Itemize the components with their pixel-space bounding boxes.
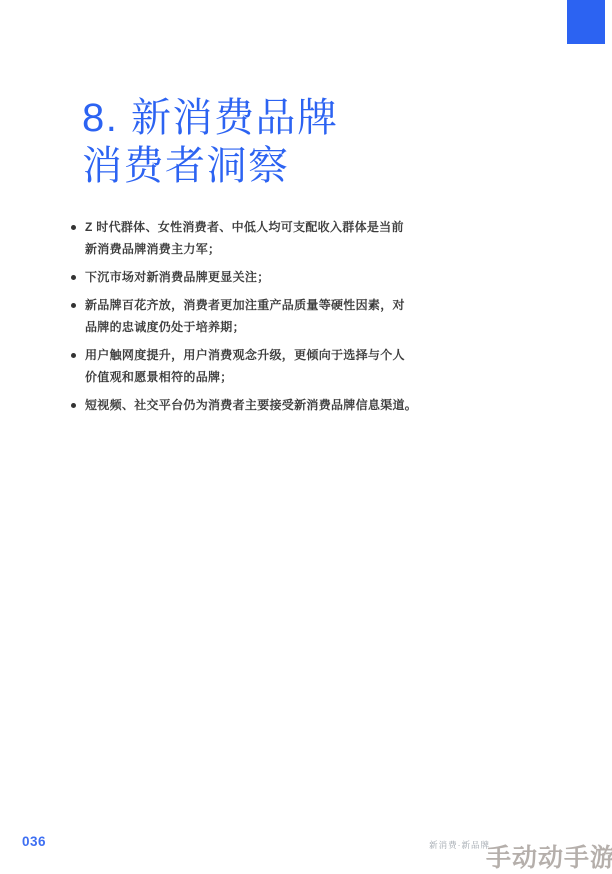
bullet-item: 下沉市场对新消费品牌更显关注； <box>71 266 421 288</box>
bullet-line: 新消费品牌消费主力军； <box>85 238 404 260</box>
bullet-line: 短视频、社交平台仍为消费者主要接受新消费品牌信息渠道。 <box>85 394 417 416</box>
bullet-text: 用户触网度提升，用户消费观念升级，更倾向于选择与个人 价值观和愿景相符的品牌； <box>85 344 405 388</box>
bullet-line: 用户触网度提升，用户消费观念升级，更倾向于选择与个人 <box>85 344 405 366</box>
bullet-item: 短视频、社交平台仍为消费者主要接受新消费品牌信息渠道。 <box>71 394 421 416</box>
bullet-dot <box>71 353 76 358</box>
bullet-text: 短视频、社交平台仍为消费者主要接受新消费品牌信息渠道。 <box>85 394 417 416</box>
bullet-line: 新品牌百花齐放，消费者更加注重产品质量等硬性因素，对 <box>85 294 405 316</box>
bullet-line: Z 时代群体、女性消费者、中低人均可支配收入群体是当前 <box>85 216 404 238</box>
report-page: 8. 新消费品牌 消费者洞察 Z 时代群体、女性消费者、中低人均可支配收入群体是… <box>0 0 612 874</box>
bullet-dot <box>71 403 76 408</box>
bullet-item: Z 时代群体、女性消费者、中低人均可支配收入群体是当前 新消费品牌消费主力军； <box>71 216 421 260</box>
chapter-corner-tab <box>567 0 605 44</box>
page-title-line-2: 消费者洞察 <box>82 142 338 190</box>
bullet-line: 价值观和愿景相符的品牌； <box>85 366 405 388</box>
bullet-text: 下沉市场对新消费品牌更显关注； <box>85 266 270 288</box>
bullet-text: 新品牌百花齐放，消费者更加注重产品质量等硬性因素，对 品牌的忠诚度仍处于培养期； <box>85 294 405 338</box>
bullet-dot <box>71 303 76 308</box>
bullet-text: Z 时代群体、女性消费者、中低人均可支配收入群体是当前 新消费品牌消费主力军； <box>85 216 404 260</box>
page-title-line-1: 8. 新消费品牌 <box>82 94 338 142</box>
page-title: 8. 新消费品牌 消费者洞察 <box>82 94 338 190</box>
bullet-dot <box>71 275 76 280</box>
bullet-item: 新品牌百花齐放，消费者更加注重产品质量等硬性因素，对 品牌的忠诚度仍处于培养期； <box>71 294 421 338</box>
bullet-line: 品牌的忠诚度仍处于培养期； <box>85 316 405 338</box>
bullet-dot <box>71 225 76 230</box>
footer-doc-label: 新消费·新品牌 <box>0 839 490 851</box>
bullet-item: 用户触网度提升，用户消费观念升级，更倾向于选择与个人 价值观和愿景相符的品牌； <box>71 344 421 388</box>
bullet-line: 下沉市场对新消费品牌更显关注； <box>85 266 270 288</box>
watermark-text: 手动动手游 <box>486 838 612 874</box>
bullet-list: Z 时代群体、女性消费者、中低人均可支配收入群体是当前 新消费品牌消费主力军； … <box>71 216 421 422</box>
